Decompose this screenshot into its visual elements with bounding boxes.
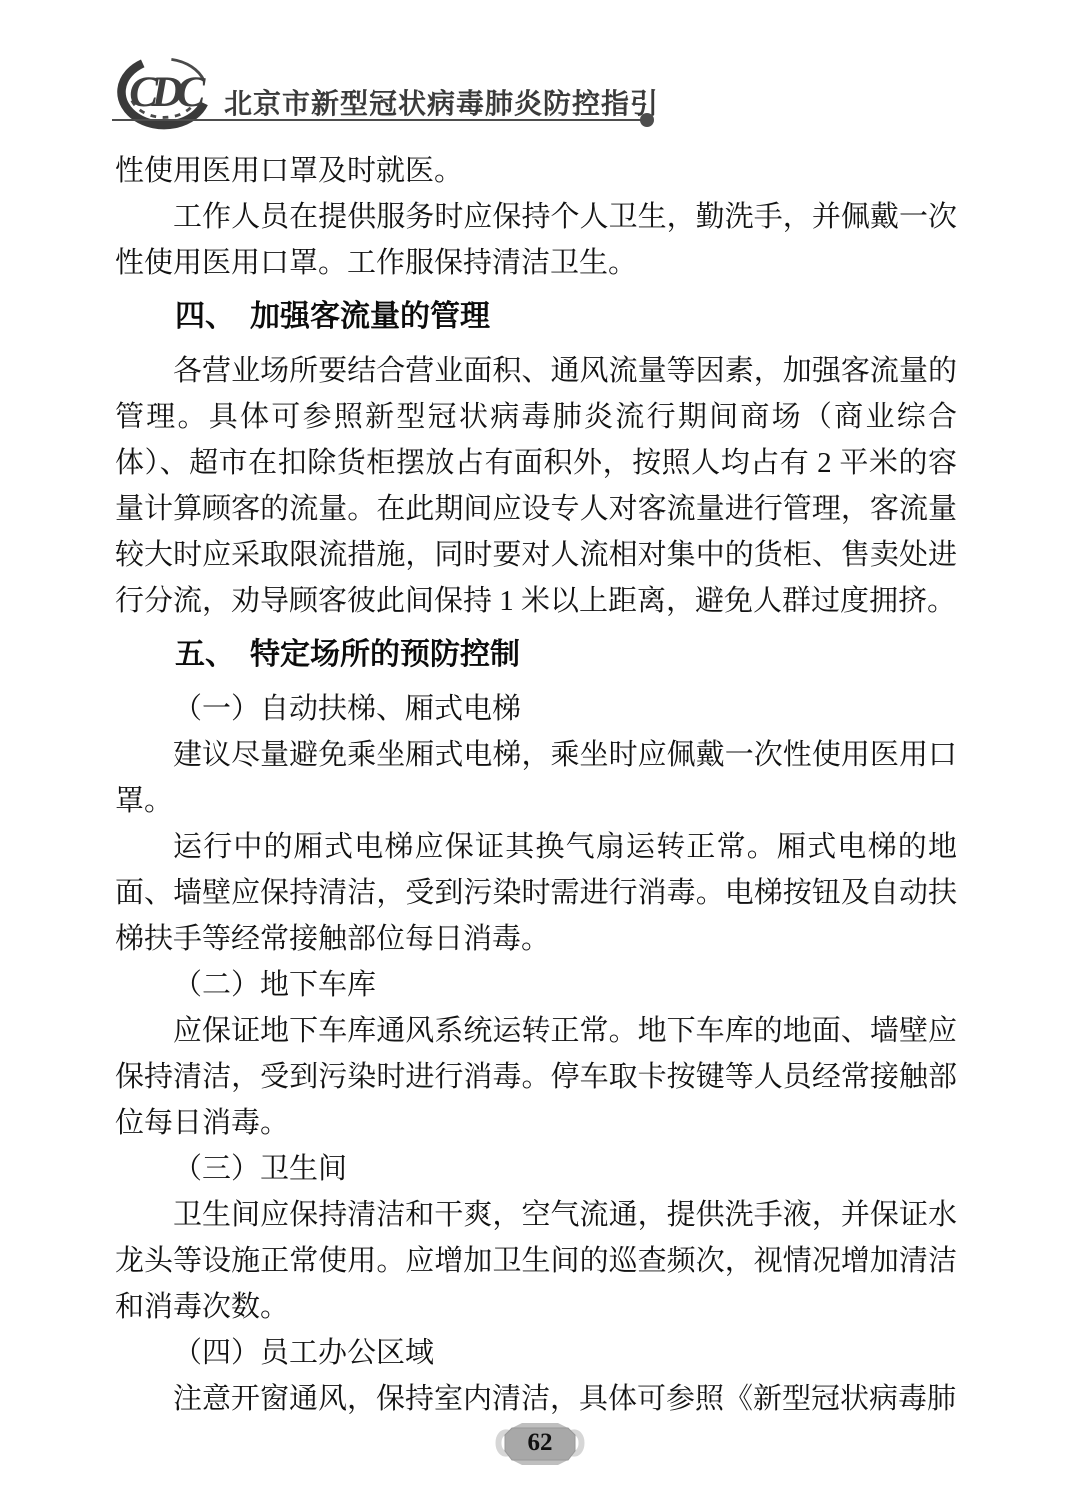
page-footer: 62 — [0, 1420, 1080, 1468]
subsection-1-elevators: （一）自动扶梯、厢式电梯 — [115, 686, 957, 732]
page-number: 62 — [495, 1429, 585, 1457]
document-title: 北京市新型冠状病毒肺炎防控指引 — [224, 82, 659, 122]
section-heading-5: 五、 特定场所的预防控制 — [115, 632, 957, 678]
paragraph-elevator-cleaning: 运行中的厢式电梯应保证其换气扇运转正常。厢式电梯的地面、墙壁应保持清洁，受到污染… — [115, 824, 957, 962]
paragraph-staff-hygiene: 工作人员在提供服务时应保持个人卫生，勤洗手，并佩戴一次性使用医用口罩。工作服保持… — [115, 194, 957, 286]
page-number-mask-badge: 62 — [495, 1420, 585, 1468]
document-page: CDC 北京市新型冠状病毒肺炎防控指引 性使用医用口罩及时就医。 工作人员在提供… — [0, 0, 1080, 1504]
section-heading-4: 四、 加强客流量的管理 — [115, 294, 957, 340]
paragraph-continuation: 性使用医用口罩及时就医。 — [115, 148, 957, 194]
subsection-4-office: （四）员工办公区域 — [115, 1330, 957, 1376]
paragraph-flow-management: 各营业场所要结合营业面积、通风流量等因素，加强客流量的管理。具体可参照新型冠状病… — [115, 348, 957, 624]
logo-text: CDC — [129, 68, 206, 116]
subsection-2-garage: （二）地下车库 — [115, 962, 957, 1008]
document-body: 性使用医用口罩及时就医。 工作人员在提供服务时应保持个人卫生，勤洗手，并佩戴一次… — [115, 148, 957, 1422]
divider-end-dot-icon — [640, 113, 654, 127]
subsection-3-restroom: （三）卫生间 — [115, 1146, 957, 1192]
cdc-logo-icon: CDC — [112, 48, 216, 136]
paragraph-elevator-advice: 建议尽量避免乘坐厢式电梯，乘坐时应佩戴一次性使用医用口罩。 — [115, 732, 957, 824]
page-header: CDC 北京市新型冠状病毒肺炎防控指引 — [112, 48, 968, 136]
header-divider — [112, 119, 644, 121]
paragraph-restroom: 卫生间应保持清洁和干爽，空气流通，提供洗手液，并保证水龙头等设施正常使用。应增加… — [115, 1192, 957, 1330]
paragraph-office: 注意开窗通风，保持室内清洁，具体可参照《新型冠状病毒肺 — [115, 1376, 957, 1422]
paragraph-garage: 应保证地下车库通风系统运转正常。地下车库的地面、墙壁应保持清洁，受到污染时进行消… — [115, 1008, 957, 1146]
